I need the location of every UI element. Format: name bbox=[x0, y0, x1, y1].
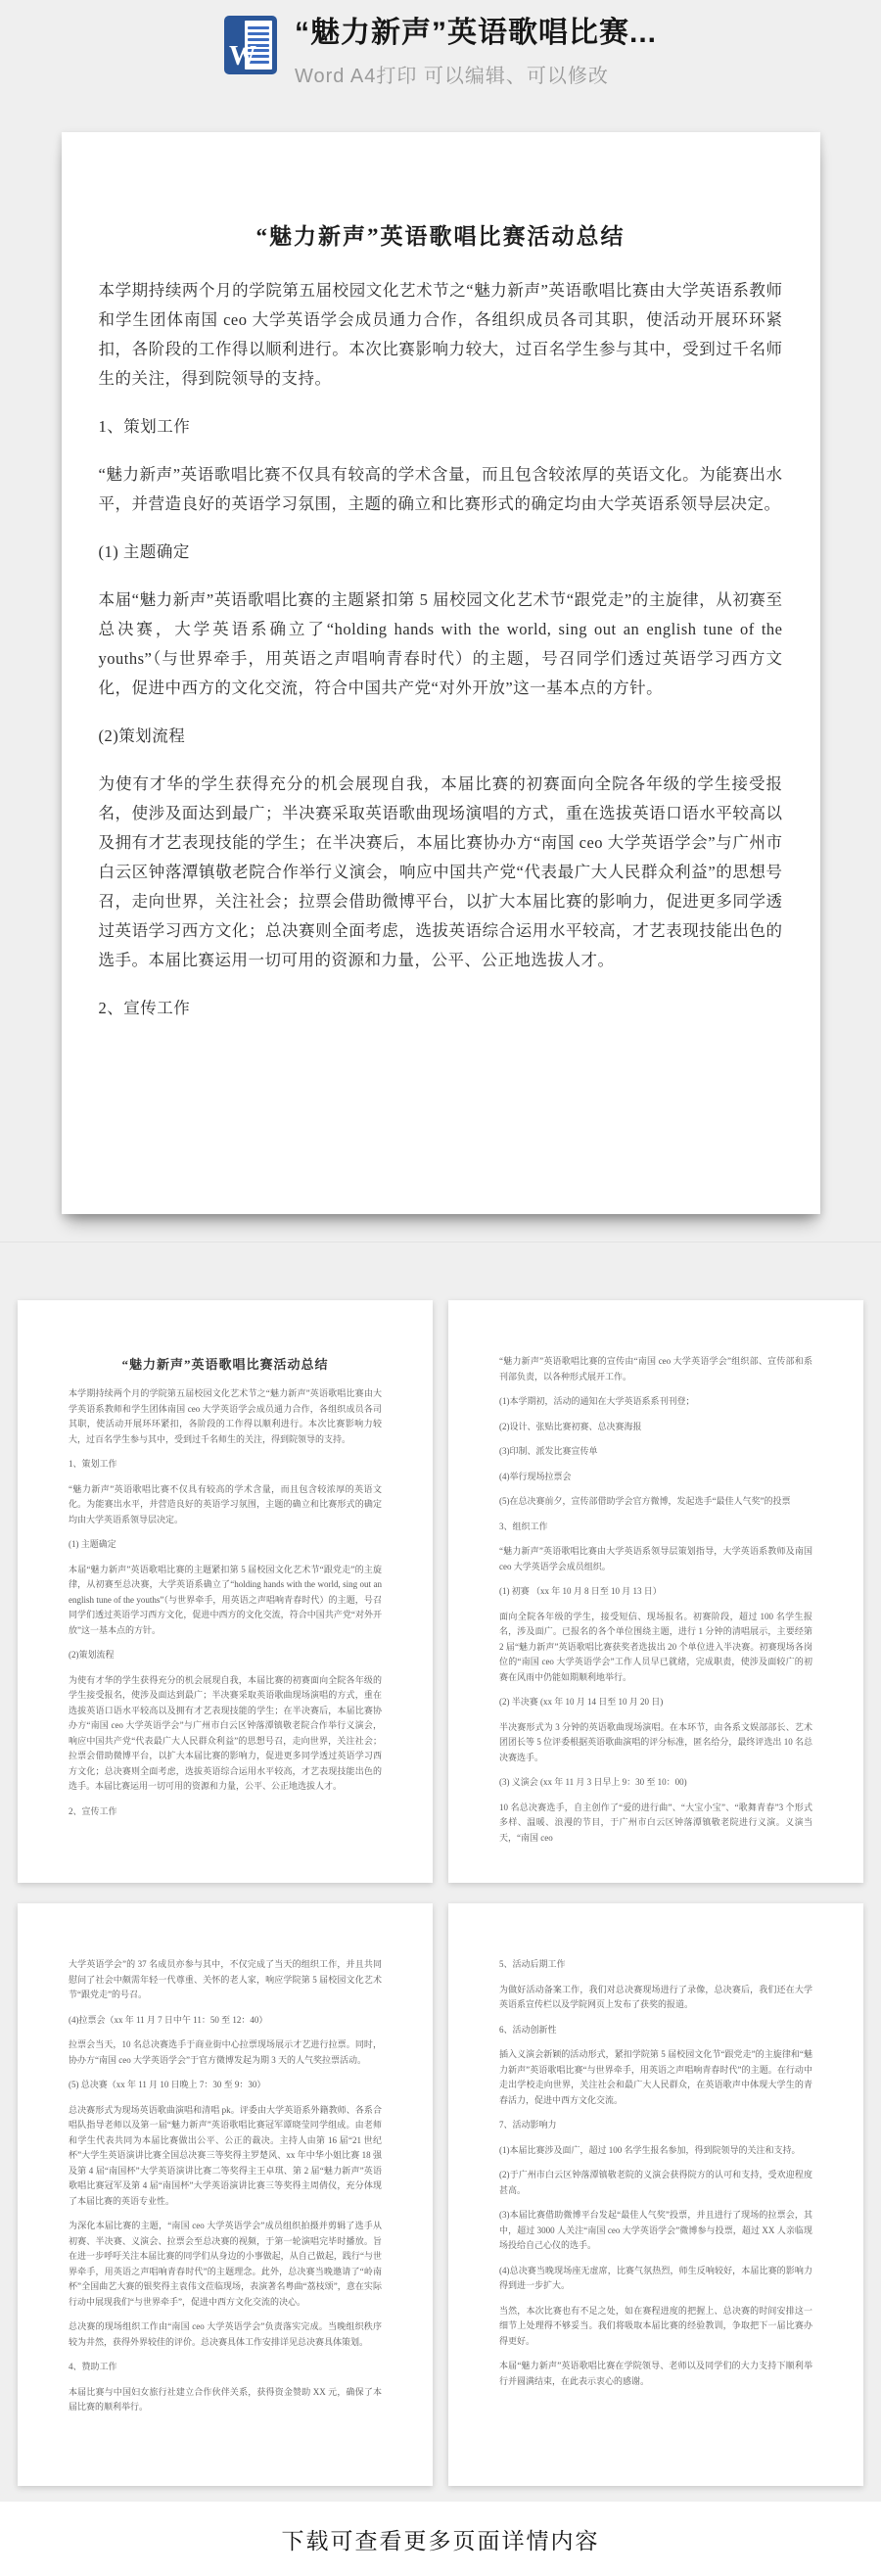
paragraph: (2)策划流程 bbox=[99, 722, 783, 751]
thumbnail-3-body: 大学英语学会”的 37 名成员亦参与其中，不仅完成了当天的组织工作，并且共同慰问… bbox=[69, 1957, 382, 2415]
footer-bar: 下载可查看更多页面详情内容 bbox=[0, 2502, 881, 2576]
paragraph: 为深化本届比赛的主题，“南国 ceo 大学英语学会”成员组织拍摄并剪辑了选手从初… bbox=[69, 2219, 382, 2310]
paragraph: 5、活动后期工作 bbox=[499, 1957, 812, 1973]
page-root: W “魅力新声”英语歌唱比赛... Word A4打印 可以编辑、可以修改 “魅… bbox=[0, 0, 881, 2576]
thumbnail-1-body: 本学期持续两个月的学院第五届校园文化艺术节之“魅力新声”英语歌唱比赛由大学英语系… bbox=[69, 1386, 382, 1819]
paragraph: (4)拉票会（xx 年 11 月 7 日中午 11：50 至 12：40） bbox=[69, 2013, 382, 2029]
paragraph: 本学期持续两个月的学院第五届校园文化艺术节之“魅力新声”英语歌唱比赛由大学英语系… bbox=[69, 1386, 382, 1447]
paragraph: 本学期持续两个月的学院第五届校园文化艺术节之“魅力新声”英语歌唱比赛由大学英语系… bbox=[99, 276, 783, 394]
file-meta: Word A4打印 可以编辑、可以修改 bbox=[295, 60, 657, 88]
paragraph: (2)策划流程 bbox=[69, 1648, 382, 1663]
footer-hint: 下载可查看更多页面详情内容 bbox=[282, 2523, 600, 2555]
page-thumbnail-1[interactable]: “魅力新声”英语歌唱比赛活动总结 本学期持续两个月的学院第五届校园文化艺术节之“… bbox=[18, 1300, 433, 1883]
paragraph: 2、宣传工作 bbox=[99, 994, 783, 1023]
paragraph: 面向全院各年级的学生，接受短信、现场报名。初赛阶段，超过 100 名学生报名，涉… bbox=[499, 1610, 812, 1686]
paragraph: (1) 主题确定 bbox=[69, 1537, 382, 1553]
thumbnail-2-body: “魅力新声”英语歌唱比赛的宣传由“南国 ceo 大学英语学会”组织部、宣传部和系… bbox=[499, 1354, 812, 1846]
paragraph: “魅力新声”英语歌唱比赛不仅具有较高的学术含量，而且包含较浓厚的英语文化。为能赛… bbox=[99, 460, 783, 519]
page-thumbnail-4[interactable]: 5、活动后期工作为做好活动备案工作，我们对总决赛现场进行了录像，总决赛后，我们还… bbox=[448, 1903, 863, 2486]
paragraph: (2) 半决赛 (xx 年 10 月 14 日至 10 月 20 日) bbox=[499, 1695, 812, 1710]
paragraph: 6、活动创新性 bbox=[499, 2023, 812, 2038]
section-divider bbox=[0, 1241, 881, 1242]
paragraph: 当然，本次比赛也有不足之处，如在赛程进度的把握上、总决赛的时间安排这一细节上处理… bbox=[499, 2304, 812, 2350]
paragraph: (1) 主题确定 bbox=[99, 538, 783, 567]
doc-header: W “魅力新声”英语歌唱比赛... Word A4打印 可以编辑、可以修改 bbox=[0, 0, 881, 108]
paragraph: 本届“魅力新声”英语歌唱比赛在学院领导、老师以及同学们的大力支持下顺利举行并圆满… bbox=[499, 2359, 812, 2389]
paragraph: (1) 初赛 （xx 年 10 月 8 日至 10 月 13 日） bbox=[499, 1584, 812, 1600]
paragraph: (5)在总决赛前夕，宣传部借助学会官方微博，发起选手“最佳人气奖”的投票 bbox=[499, 1494, 812, 1510]
main-page-body: 本学期持续两个月的学院第五届校园文化艺术节之“魅力新声”英语歌唱比赛由大学英语系… bbox=[99, 276, 783, 1023]
file-title: “魅力新声”英语歌唱比赛... bbox=[295, 16, 657, 51]
paragraph: 2、宣传工作 bbox=[69, 1804, 382, 1820]
paragraph: 本届“魅力新声”英语歌唱比赛的主题紧扣第 5 届校园文化艺术节“跟党走”的主旋律… bbox=[99, 585, 783, 703]
paragraph: 大学英语学会”的 37 名成员亦参与其中，不仅完成了当天的组织工作，并且共同慰问… bbox=[69, 1957, 382, 2003]
paragraph: 总决赛的现场组织工作由“南国 ceo 大学英语学会”负责落实完成。当晚组织秩序较… bbox=[69, 2319, 382, 2350]
paragraph: (2)设计、张贴比赛初赛、总决赛海报 bbox=[499, 1420, 812, 1435]
paragraph: 为使有才华的学生获得充分的机会展现自我，本届比赛的初赛面向全院各年级的学生接受报… bbox=[99, 770, 783, 975]
paragraph: 7、活动影响力 bbox=[499, 2118, 812, 2133]
paragraph: (3)本届比赛借助微博平台发起“最佳人气奖”投票，并且进行了现场的拉票会，其中，… bbox=[499, 2208, 812, 2254]
preview-area: “魅力新声”英语歌唱比赛活动总结 本学期持续两个月的学院第五届校园文化艺术节之“… bbox=[0, 132, 881, 2486]
paragraph: 总决赛形式为现场英语歌曲演唱和清唱 pk。评委由大学英语系外籍教师、各系合唱队指… bbox=[69, 2103, 382, 2210]
page-thumbnail-3[interactable]: 大学英语学会”的 37 名成员亦参与其中，不仅完成了当天的组织工作，并且共同慰问… bbox=[18, 1903, 433, 2486]
word-icon-letter: W bbox=[229, 43, 256, 70]
paragraph: (4)总决赛当晚现场座无虚席，比赛气氛热烈，师生反响较好，本届比赛的影响力得到进… bbox=[499, 2264, 812, 2294]
header-text-block: “魅力新声”英语歌唱比赛... Word A4打印 可以编辑、可以修改 bbox=[295, 16, 657, 88]
paragraph: (1)本学期初，活动的通知在大学英语系系刊刊登； bbox=[499, 1394, 812, 1410]
paragraph: (3)印制、派发比赛宣传单 bbox=[499, 1444, 812, 1460]
paragraph: 1、策划工作 bbox=[99, 412, 783, 442]
thumbnail-1-title: “魅力新声”英语歌唱比赛活动总结 bbox=[69, 1354, 382, 1373]
document-title: “魅力新声”英语歌唱比赛活动总结 bbox=[99, 218, 783, 251]
paragraph: “魅力新声”英语歌唱比赛由大学英语系领导层策划指导，大学英语系教师及南国 ceo… bbox=[499, 1544, 812, 1574]
paragraph: 本届比赛与中国妇女旅行社建立合作伙伴关系，获得资金赞助 XX 元，确保了本届比赛… bbox=[69, 2385, 382, 2415]
word-file-icon: W bbox=[224, 16, 277, 74]
thumbnail-4-body: 5、活动后期工作为做好活动备案工作，我们对总决赛现场进行了录像，总决赛后，我们还… bbox=[499, 1957, 812, 2389]
paragraph: 插入义演会新颖的活动形式，紧扣学院第 5 届校园文化节“跟党走”的主旋律和“魅力… bbox=[499, 2047, 812, 2108]
paragraph: 半决赛形式为 3 分钟的英语歌曲现场演唱。在本环节，由各系文娱部部长、艺术团团长… bbox=[499, 1720, 812, 1766]
paragraph: “魅力新声”英语歌唱比赛的宣传由“南国 ceo 大学英语学会”组织部、宣传部和系… bbox=[499, 1354, 812, 1384]
page-thumbnail-2[interactable]: “魅力新声”英语歌唱比赛的宣传由“南国 ceo 大学英语学会”组织部、宣传部和系… bbox=[448, 1300, 863, 1883]
paragraph: (3) 义演会 (xx 年 11 月 3 日早上 9：30 至 10：00) bbox=[499, 1775, 812, 1791]
thumbnail-grid: “魅力新声”英语歌唱比赛活动总结 本学期持续两个月的学院第五届校园文化艺术节之“… bbox=[18, 1300, 863, 2486]
paragraph: 1、策划工作 bbox=[69, 1457, 382, 1473]
paragraph: 本届“魅力新声”英语歌唱比赛的主题紧扣第 5 届校园文化艺术节“跟党走”的主旋律… bbox=[69, 1563, 382, 1639]
paragraph: 为做好活动备案工作，我们对总决赛现场进行了录像，总决赛后，我们还在大学英语系宣传… bbox=[499, 1983, 812, 2013]
paragraph: 4、赞助工作 bbox=[69, 2360, 382, 2375]
paragraph: 3、组织工作 bbox=[499, 1520, 812, 1535]
paragraph: 拉票会当天，10 名总决赛选手于商业街中心拉票现场展示才艺进行拉票。同时，协办方… bbox=[69, 2037, 382, 2068]
paragraph: (2)于广州市白云区钟落潭镇敬老院的义演会获得院方的认可和支持，受欢迎程度甚高。 bbox=[499, 2168, 812, 2198]
paragraph: (5) 总决赛（xx 年 11 月 10 日晚上 7：30 至 9：30） bbox=[69, 2078, 382, 2093]
paragraph: (4)举行现场拉票会 bbox=[499, 1470, 812, 1485]
paragraph: 为使有才华的学生获得充分的机会展现自我，本届比赛的初赛面向全院各年级的学生接受报… bbox=[69, 1673, 382, 1795]
paragraph: 10 名总决赛选手，自主创作了“爱的进行曲”、“大宝小宝”、“歌舞青春”3 个形… bbox=[499, 1801, 812, 1847]
paragraph: “魅力新声”英语歌唱比赛不仅具有较高的学术含量，而且包含较浓厚的英语文化。为能赛… bbox=[69, 1482, 382, 1528]
paragraph: (1)本届比赛涉及面广，超过 100 名学生报名参加，得到院领导的关注和支持。 bbox=[499, 2143, 812, 2159]
main-page-preview[interactable]: “魅力新声”英语歌唱比赛活动总结 本学期持续两个月的学院第五届校园文化艺术节之“… bbox=[62, 132, 820, 1214]
